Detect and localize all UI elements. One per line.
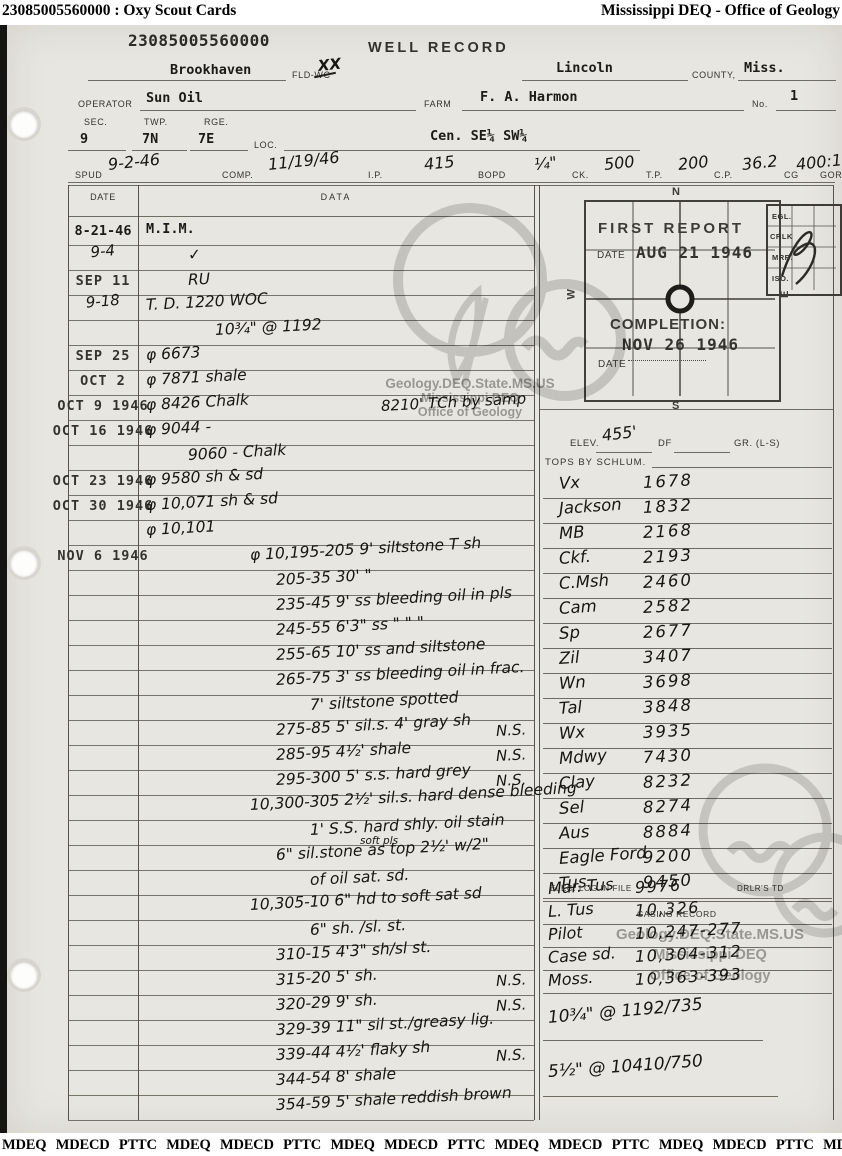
spud-field-label: I.P.: [368, 170, 383, 180]
tops-title-underline: [652, 467, 832, 468]
record-name: Case sd.: [547, 943, 616, 967]
log-data: RU: [188, 270, 211, 289]
completion-date-stamp: NOV 26 1946: [622, 335, 739, 354]
first-report-stamp: FIRST REPORT: [598, 220, 744, 237]
well-no-underline: [776, 110, 836, 111]
tops-name: Cam: [558, 596, 597, 618]
tops-depth: 3407: [643, 645, 694, 667]
spud-field-value: 500: [603, 152, 635, 174]
gr-label: GR. (L-S): [734, 438, 780, 449]
farm-label: FARM: [424, 99, 451, 109]
tops-depth: 8232: [643, 770, 694, 792]
plat-east-label: E: [779, 290, 791, 298]
tops-name: Zil: [558, 648, 580, 668]
loc-label: LOC.: [254, 140, 277, 150]
log-data: φ 6673: [146, 343, 201, 364]
log-row: 315-20 5' sh.N.S.: [68, 970, 534, 996]
first-report-date-stamp: AUG 21 1946: [636, 243, 753, 262]
log-row: 235-45 9' ss bleeding oil in pls: [68, 595, 534, 621]
plat-south-label: S: [672, 400, 680, 412]
form-title: WELL RECORD: [368, 40, 509, 56]
spud-field-label: C.P.: [714, 170, 733, 180]
tops-name: Jackson: [558, 495, 622, 518]
table-top-border: [68, 185, 833, 186]
tops-name: Wx: [558, 722, 585, 743]
spud-field-label: BOPD: [478, 170, 506, 180]
log-data-tail: N.S.: [495, 1045, 526, 1065]
tops-depth: 3848: [643, 695, 694, 717]
tops-name: MB: [558, 522, 585, 543]
scan-left-edge: [0, 25, 7, 1133]
tops-depth: 1832: [643, 495, 694, 517]
tops-depth: 2582: [643, 595, 694, 617]
well-no-label: No.: [752, 99, 768, 109]
twp-label: TWP.: [144, 117, 168, 127]
sec-label: SEC.: [84, 117, 107, 127]
corner-stamp-row: CRLK: [770, 232, 793, 241]
tops-depth: 2460: [643, 570, 694, 592]
spud-field-value: 415: [423, 152, 455, 174]
casing-record-label: CASING RECORD: [637, 909, 717, 919]
tops-depth: 7430: [643, 745, 694, 767]
log-data: 315-20 5' sh.: [276, 966, 379, 989]
casing-note-underline: [543, 1096, 778, 1097]
log-data: 320-29 9' sh.: [276, 991, 379, 1014]
spud-underline: [68, 182, 835, 183]
corner-check-stamp: EGL. CRLK MRR. ISO.: [766, 204, 842, 296]
loc-value: Cen. SE¼ SW¼: [430, 128, 528, 144]
log-data: 6" sh. /sl. st.: [310, 916, 407, 939]
county-underline: [522, 80, 688, 81]
plat-north-label: N: [672, 186, 681, 198]
tops-name: Vx: [558, 473, 580, 493]
drlrs-td-label: DRLR'S TD: [737, 884, 784, 893]
log-row: 275-85 5' sil.s. 4' gray shN.S.: [68, 720, 534, 746]
log-row: OCT 23 1946φ 9580 sh & sd: [68, 470, 534, 496]
log-row: 6" sh. /sl. st.: [68, 920, 534, 946]
well-no-value: 1: [790, 88, 798, 104]
log-row: NOV 6 1946φ 10,195-205 9' siltstone T sh: [68, 545, 534, 571]
spud-field-label: GOR: [820, 170, 842, 180]
viewer-header-bar: 23085005560000 : Oxy Scout Cards Mississ…: [0, 0, 842, 24]
farm-underline: [462, 110, 744, 111]
log-row: SEP 25φ 6673: [68, 345, 534, 371]
hole-punch-middle: [10, 549, 38, 577]
field-underline: [88, 80, 286, 81]
hole-punch-bottom: [10, 961, 38, 989]
record-name: L. Tus: [547, 899, 594, 921]
log-row: OCT 16 1946φ 9044 -: [68, 420, 534, 446]
operator-label: OPERATOR: [78, 99, 132, 109]
log-date: SEP 11: [36, 273, 170, 289]
tops-name: Tal: [558, 697, 582, 718]
field-name: Brookhaven: [170, 62, 251, 78]
state-name: Miss.: [744, 60, 785, 76]
tops-depth: 2193: [643, 545, 694, 567]
viewer-footer-text: MDEQ MDECD PTTC MDEQ MDECD PTTC MDEQ MDE…: [2, 1137, 842, 1154]
completion-date-line: [628, 360, 706, 361]
log-data-tail: N.S.: [495, 995, 526, 1015]
rge-underline: [190, 150, 248, 151]
df-label: DF: [658, 438, 672, 449]
corner-stamp-row: EGL.: [772, 212, 792, 221]
spud-field-value: 36.2: [741, 151, 778, 174]
log-row: OCT 30 1946φ 10,071 sh & sd: [68, 495, 534, 521]
record-name: Pilot: [547, 923, 583, 944]
elec-log-label: ELEC. LOG IN FILE: [550, 884, 632, 893]
spud-field-label: T.P.: [646, 170, 663, 180]
twp-value: 7N: [142, 131, 158, 147]
log-data: φ 9044 -: [146, 418, 212, 439]
casing-note-underline: [543, 1040, 763, 1041]
plat-west-label: W: [565, 289, 577, 300]
state-underline: [738, 80, 836, 81]
log-data: φ 7871 shale: [146, 366, 248, 389]
tops-name: Wn: [558, 672, 586, 693]
table-right-border: [833, 185, 834, 1120]
tops-name: Sp: [558, 623, 580, 643]
hole-punch-top: [10, 110, 38, 138]
log-data: of oil sat. sd.: [310, 866, 410, 889]
log-row: 10¾" @ 1192: [68, 320, 534, 346]
log-row: 6" sil.stone as top 2½' w/2": [68, 845, 534, 871]
log-row: 9060 - Chalk: [68, 445, 534, 471]
log-data: φ 10,101: [146, 517, 216, 539]
viewer-header-right: Mississippi DEQ - Office of Geology: [601, 2, 840, 20]
casing-record-row: Moss.10,363-393: [543, 971, 832, 994]
record-value: 9976: [635, 876, 683, 897]
well-location-marker: [668, 287, 692, 311]
tops-depth: 9200: [643, 845, 694, 867]
tops-name: Mdwy: [558, 746, 607, 768]
log-row: 354-59 5' shale reddish brown: [68, 1095, 534, 1121]
log-date: NOV 6 1946: [36, 548, 170, 564]
tops-name: Aus: [558, 822, 590, 843]
log-row: 310-15 4'3" sh/sl st.: [68, 945, 534, 971]
completion-stamp-label: COMPLETION:: [610, 316, 726, 333]
completion-date-label: DATE: [598, 359, 626, 370]
tops-name: C.Msh: [558, 571, 609, 593]
table-right-divider-a: [534, 185, 535, 1120]
log-row: 10,305-10 6" hd to soft sat sd: [68, 895, 534, 921]
sec-underline: [68, 150, 126, 151]
log-row: 329-39 11" sil st./greasy lig.: [68, 1020, 534, 1046]
api-number: 23085005560000: [128, 31, 270, 50]
elev-label: ELEV.: [570, 438, 599, 449]
data-column-header: DATA: [138, 192, 534, 202]
spud-field-label: SPUD: [75, 170, 102, 180]
tops-depth: 3698: [643, 670, 694, 692]
table-right-divider-b: [539, 185, 540, 1120]
spud-field-label: CK.: [572, 170, 589, 180]
record-name: Moss.: [547, 968, 594, 990]
tops-depth: 2677: [643, 620, 694, 642]
log-row: OCT 9 1946φ 8426 Chalk8210' TCh by samp: [68, 395, 534, 421]
county-label: COUNTY,: [692, 70, 736, 80]
scanned-well-record-page: 23085005560000 : Oxy Scout Cards Mississ…: [0, 0, 842, 1156]
spud-field-value: ¼": [533, 153, 558, 174]
corner-stamp-row: ISO.: [772, 274, 789, 283]
tops-depth: 1678: [643, 470, 694, 492]
rge-value: 7E: [198, 131, 214, 147]
log-data-tail: N.S.: [495, 970, 526, 990]
viewer-footer-bar: MDEQ MDECD PTTC MDEQ MDECD PTTC MDEQ MDE…: [0, 1133, 842, 1156]
tops-name: Clay: [558, 772, 595, 793]
tops-name: Sel: [558, 797, 584, 818]
farm-value: F. A. Harmon: [480, 89, 578, 105]
log-data-tail: N.S.: [495, 720, 526, 740]
spud-field-value: 200: [677, 152, 709, 174]
log-row: 9-4✓: [68, 245, 534, 271]
log-data-tail: N.S.: [495, 745, 526, 765]
log-data: φ 8426 Chalk: [146, 391, 250, 414]
spud-field-label: COMP.: [222, 170, 253, 180]
rge-label: RGE.: [204, 117, 228, 127]
tops-depth: 2168: [643, 520, 694, 542]
log-data: 9060 - Chalk: [188, 441, 287, 464]
right-panel-plat-bottom-rule: [540, 409, 833, 410]
tops-name: Ckf.: [558, 547, 591, 568]
tops-depth: 8274: [643, 795, 694, 817]
viewer-header-left: 23085005560000 : Oxy Scout Cards: [2, 2, 236, 20]
field-overwrite: XX: [317, 55, 342, 75]
operator-value: Sun Oil: [146, 90, 203, 106]
df-underline: [674, 452, 730, 453]
corner-stamp-row: MRR.: [772, 253, 793, 262]
date-column-header: DATE: [68, 192, 138, 202]
county-name: Lincoln: [556, 60, 613, 76]
tops-depth: 3935: [643, 720, 694, 742]
log-data: M.I.M.: [146, 221, 195, 237]
log-data: 205-35 30' ": [276, 566, 373, 589]
log-data: ✓: [188, 245, 202, 264]
tops-depth: 8884: [643, 820, 694, 842]
elev-underline: [596, 452, 652, 453]
log-row: 339-44 4½' flaky shN.S.: [68, 1045, 534, 1071]
tops-title: TOPS BY SCHLUM.: [545, 457, 646, 468]
log-row: 265-75 3' ss bleeding oil in frac.: [68, 670, 534, 696]
first-report-date-label: DATE: [597, 250, 625, 261]
sec-value: 9: [80, 131, 88, 147]
operator-underline: [140, 110, 416, 111]
